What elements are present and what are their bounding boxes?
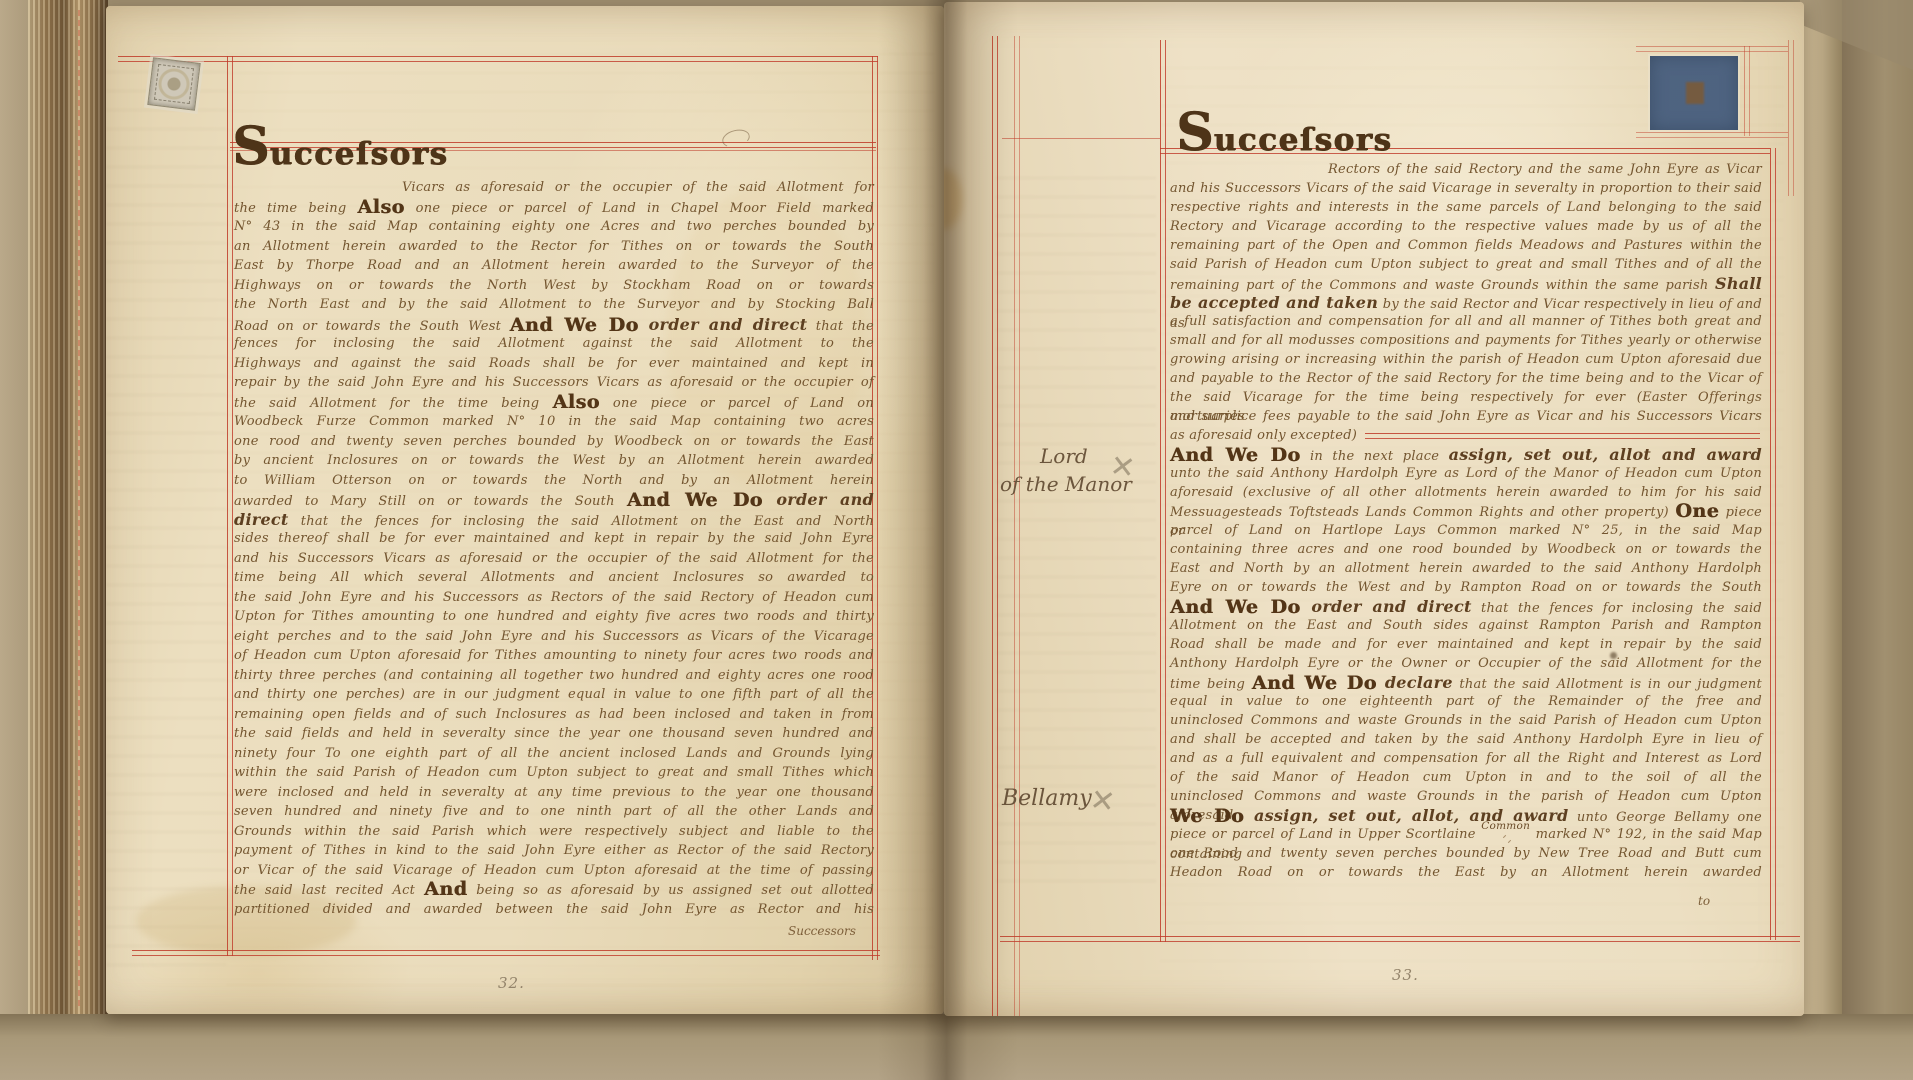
parchment-stain xyxy=(944,168,962,230)
text-line: remaining part of the Commons and waste … xyxy=(1170,274,1762,293)
text-line: Highways and against the said Roads shal… xyxy=(234,354,874,374)
text-line: respective rights and interests in the s… xyxy=(1170,198,1762,217)
text-line: And We Do order and direct that the fenc… xyxy=(1170,597,1762,616)
left-page: Succeſsors Vicars as aforesaid or the oc… xyxy=(106,6,944,1014)
red-rule xyxy=(1000,936,1800,942)
page-header-word: Succeſsors xyxy=(1176,102,1392,163)
text-line: be accepted and taken by the said Rector… xyxy=(1170,293,1762,312)
page-number: 33. xyxy=(1392,966,1419,984)
red-rule xyxy=(1770,148,1776,940)
show-through-ghost-text xyxy=(996,162,1156,882)
text-line: as aforesaid only excepted) xyxy=(1170,426,1762,445)
red-rule xyxy=(1014,36,1020,1016)
manuscript-text-left: Vicars as aforesaid or the occupier of t… xyxy=(234,178,874,919)
blue-duty-stamp-icon xyxy=(1650,56,1738,130)
text-line: Highways on or towards the North West by… xyxy=(234,276,874,296)
text-line: an Allotment herein awarded to the Recto… xyxy=(234,237,874,257)
text-line: direct that the fences for inclosing the… xyxy=(234,510,874,530)
book-cover-edge-right xyxy=(1842,0,1913,1080)
right-page: Succeſsors Lord of the Manor ✕ Bellamy ✕… xyxy=(944,2,1804,1016)
text-line: And We Do in the next place assign, set … xyxy=(1170,445,1762,464)
text-line: Grounds within the said Parish which wer… xyxy=(234,822,874,842)
text-line: Upton for Tithes amounting to one hundre… xyxy=(234,607,874,627)
text-line: small and for all modusses compositions … xyxy=(1170,331,1762,350)
text-line: of Headon cum Upton aforesaid for Tithes… xyxy=(234,646,874,666)
cross-check-mark: ✕ xyxy=(1088,782,1118,820)
page-number: 32. xyxy=(498,974,525,992)
text-line: Woodbeck Furze Common marked N° 10 in th… xyxy=(234,412,874,432)
text-line: remaining open fields and of such Inclos… xyxy=(234,705,874,725)
text-line: said Parish of Headon cum Upton subject … xyxy=(1170,255,1762,274)
red-rule xyxy=(132,950,880,956)
text-line: and shall be accepted and taken by the s… xyxy=(1170,730,1762,749)
catchword: to xyxy=(1698,894,1710,908)
text-line: growing arising or increasing within the… xyxy=(1170,350,1762,369)
text-line: Vicars as aforesaid or the occupier of t… xyxy=(234,178,874,198)
text-line: Rectory and Vicarage according to the re… xyxy=(1170,217,1762,236)
red-rule xyxy=(1160,40,1166,942)
text-line: within the said Parish of Headon cum Upt… xyxy=(234,763,874,783)
text-line: the said Vicarage for the time being res… xyxy=(1170,388,1762,407)
text-line: or Vicar of the said Vicarage of Headon … xyxy=(234,861,874,881)
text-line: Road shall be made and for ever maintain… xyxy=(1170,635,1762,654)
text-line: awarded to Mary Still on or towards the … xyxy=(234,490,874,510)
red-rule xyxy=(227,56,233,956)
page-fore-edge-right xyxy=(1800,0,1842,1080)
text-line: and surplice fees payable to the said Jo… xyxy=(1170,407,1762,426)
text-line: and his Successors Vicars as aforesaid o… xyxy=(234,549,874,569)
text-line: unto the said Anthony Hardolph Eyre as L… xyxy=(1170,464,1762,483)
text-line: and his Successors Vicars of the said Vi… xyxy=(1170,179,1762,198)
red-rule xyxy=(78,10,80,1006)
text-line: thirty three perches (and containing all… xyxy=(234,666,874,686)
text-line: N° 43 in the said Map containing eighty … xyxy=(234,217,874,237)
text-line: aforesaid (exclusive of all other allotm… xyxy=(1170,483,1762,502)
page-header-word: Succeſsors xyxy=(232,116,448,177)
red-rule xyxy=(992,36,998,1016)
text-line: East by Thorpe Road and an Allotment her… xyxy=(234,256,874,276)
text-line: one rood and twenty seven perches bounde… xyxy=(234,432,874,452)
text-line: time being All which several Allotments … xyxy=(234,568,874,588)
text-line: ninety four To one eighth part of all th… xyxy=(234,744,874,764)
text-line: the said fields and held in severalty si… xyxy=(234,724,874,744)
text-line: remaining part of the Open and Common fi… xyxy=(1170,236,1762,255)
text-line: and thirty one perches) are in our judgm… xyxy=(234,685,874,705)
text-line: one Rood and twenty seven perches bounde… xyxy=(1170,844,1762,863)
text-line: time being And We Do declare that the sa… xyxy=(1170,673,1762,692)
text-line: Road on or towards the South West And We… xyxy=(234,315,874,335)
cross-check-mark: ✕ xyxy=(1108,448,1138,486)
text-line: of the said Manor of Headon cum Upton in… xyxy=(1170,768,1762,787)
text-line: containing three acres and one rood boun… xyxy=(1170,540,1762,559)
text-line: payment of Tithes in kind to the said Jo… xyxy=(234,841,874,861)
red-rule xyxy=(1636,46,1788,52)
text-line: were inclosed and held in severalty at a… xyxy=(234,783,874,803)
text-line: fences for inclosing the said Allotment … xyxy=(234,334,874,354)
text-line: Anthony Hardolph Eyre or the Owner or Oc… xyxy=(1170,654,1762,673)
marginal-note-bellamy: Bellamy xyxy=(1002,786,1092,811)
text-line: Messuagesteads Toftsteads Lands Common R… xyxy=(1170,502,1762,521)
text-line: the North East and by the said Allotment… xyxy=(234,295,874,315)
text-line: uninclosed Commons and waste Grounds in … xyxy=(1170,787,1762,806)
text-line: and as a full equivalent and compensatio… xyxy=(1170,749,1762,768)
manuscript-text-right: Rectors of the said Rectory and the same… xyxy=(1170,160,1762,882)
text-line: to William Otterson on or towards the No… xyxy=(234,471,874,491)
text-line: the time being Also one piece or parcel … xyxy=(234,198,874,218)
manuscript-book-scene: Succeſsors Vicars as aforesaid or the oc… xyxy=(0,0,1913,1080)
text-line: the said John Eyre and his Successors as… xyxy=(234,588,874,608)
text-line: the said Allotment for the time being Al… xyxy=(234,393,874,413)
text-line: piece or parcel of Land in Upper Scortla… xyxy=(1170,825,1762,844)
text-line: and payable to the Rector of the said Re… xyxy=(1170,369,1762,388)
book-cover-edge-bottom xyxy=(0,1014,1913,1080)
red-rule xyxy=(1636,132,1788,138)
text-line: uninclosed Commons and waste Grounds in … xyxy=(1170,711,1762,730)
catchword: Successors xyxy=(788,924,856,938)
show-through-ghost-text xyxy=(106,66,226,966)
text-line: Headon Road on or towards the East by an… xyxy=(1170,863,1762,882)
text-line: sides thereof shall be for ever maintain… xyxy=(234,529,874,549)
text-line: parcel of Land on Hartlope Lays Common m… xyxy=(1170,521,1762,540)
book-cover-edge-left xyxy=(0,0,30,1080)
text-line: a full satisfaction and compensation for… xyxy=(1170,312,1762,331)
red-rule xyxy=(1002,138,1160,139)
red-rule xyxy=(1788,40,1794,196)
text-line: Rectors of the said Rectory and the same… xyxy=(1170,160,1762,179)
page-edges-stack-left xyxy=(28,0,108,1080)
text-line: seven hundred and ninety five and to one… xyxy=(234,802,874,822)
text-line: equal in value to one eighteenth part of… xyxy=(1170,692,1762,711)
text-line: Allotment on the East and South sides ag… xyxy=(1170,616,1762,635)
text-line: the said last recited Act And being so a… xyxy=(234,880,874,900)
red-rule xyxy=(1744,46,1750,136)
marginal-note-lord-of-manor: Lord xyxy=(1040,444,1088,468)
text-line: eight perches and to the said John Eyre … xyxy=(234,627,874,647)
text-line: partitioned divided and awarded between … xyxy=(234,900,874,920)
text-line: We Do assign, set out, allot, and award … xyxy=(1170,806,1762,825)
text-line: by ancient Inclosures on or towards the … xyxy=(234,451,874,471)
embossed-stamp-icon xyxy=(147,57,200,110)
text-line: East and North by an allotment herein aw… xyxy=(1170,559,1762,578)
text-line: Eyre on or towards the West and by Rampt… xyxy=(1170,578,1762,597)
